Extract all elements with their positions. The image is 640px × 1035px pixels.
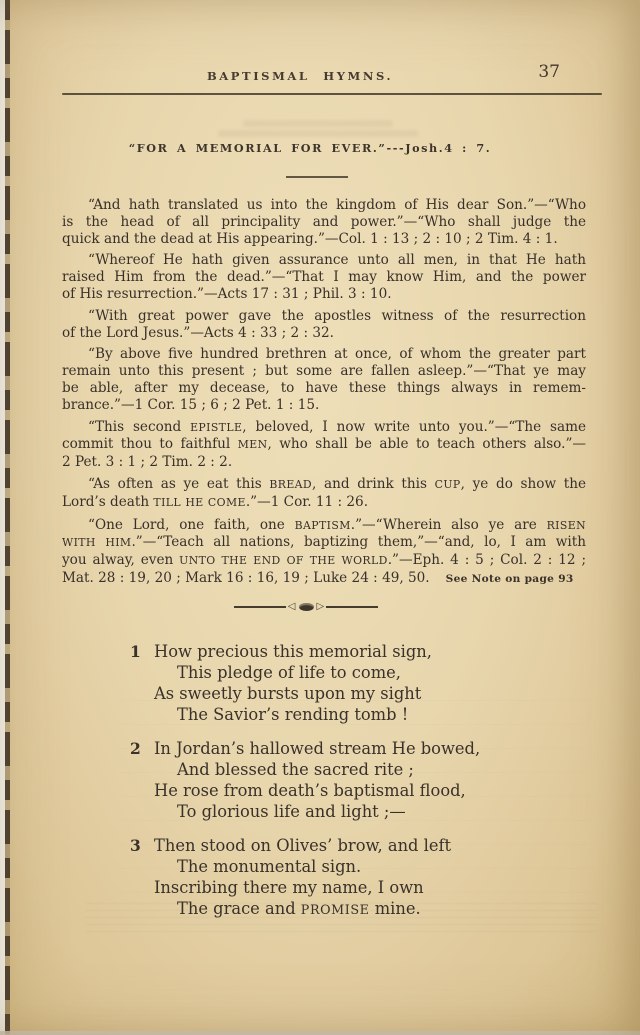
paragraph-line: “By above five hundred brethren at once,… [62, 346, 586, 363]
paragraph-line: “One Lord, one faith, one BAPTISM.”—“Whe… [62, 517, 586, 535]
paragraph-line: of the Lord Jesus.”—Acts 4 : 33 ; 2 : 32… [62, 325, 586, 342]
paragraph-line: quick and the dead at His appearing.”—Co… [62, 231, 586, 248]
verse-line: To glorious life and light ;— [177, 801, 554, 822]
header-rule [62, 93, 602, 95]
scripture-paragraph: “This second EPISTLE, beloved, I now wri… [62, 419, 586, 471]
show-through-ghost-top [205, 117, 430, 141]
paragraph-line: is the head of all principality and powe… [62, 214, 586, 231]
divider-line-right [326, 606, 378, 608]
verse-number: 3 [130, 835, 141, 856]
divider-line-left [234, 606, 286, 608]
scripture-paragraph: “Whereof He hath given assurance unto al… [62, 252, 586, 302]
scripture-paragraph: “And hath translated us into the kingdom… [62, 197, 586, 247]
verse-line: The grace and PROMISE mine. [177, 898, 554, 920]
scripture-paragraph: “With great power gave the apostles witn… [62, 308, 586, 342]
hymn-verses: 1How precious this memorial sign,This pl… [154, 641, 554, 933]
paragraph-line: “And hath translated us into the kingdom… [62, 197, 586, 214]
verse-line: The Savior’s rending tomb ! [177, 704, 554, 725]
verse-line: He rose from death’s baptismal flood, [154, 780, 554, 801]
binding-shadow [5, 0, 10, 1035]
page-edge-bottom [0, 1031, 640, 1035]
paragraph-line: “This second EPISTLE, beloved, I now wri… [62, 419, 586, 437]
paragraph-line: WITH HIM.”—“Teach all nations, baptizing… [62, 534, 586, 552]
tailpiece-divider-ornament: ◁ ▷ [0, 602, 612, 612]
verse-line: Inscribing there my name, I own [154, 877, 554, 898]
paragraph-line: you alway, even UNTO THE END OF THE WORL… [62, 552, 586, 570]
divider-chevron-left-icon: ◁ [288, 602, 296, 612]
verse-line: As sweetly bursts upon my sight [154, 683, 554, 704]
verse-line: The monumental sign. [177, 856, 554, 877]
paragraph-line: raised Him from the dead.”—“That I may k… [62, 269, 586, 286]
hymn-scripture-heading: “FOR A MEMORIAL FOR EVER.”---Josh.4 : 7. [0, 141, 620, 155]
verse-line: 3Then stood on Olives’ brow, and left [154, 835, 554, 856]
hymn-verse: 2In Jordan’s hallowed stream He bowed,An… [154, 738, 554, 822]
page-number: 37 [538, 62, 560, 82]
verse-line: 1How precious this memorial sign, [154, 641, 554, 662]
verse-number: 1 [130, 641, 141, 662]
scripture-paragraph: “By above five hundred brethren at once,… [62, 346, 586, 413]
paragraph-line: “With great power gave the apostles witn… [62, 308, 586, 325]
heading-rule [286, 176, 348, 178]
running-header: BAPTISMAL HYMNS. [0, 65, 600, 84]
paragraph-line: 2 Pet. 3 : 1 ; 2 Tim. 2 : 2. [62, 454, 586, 471]
paragraph-line: Mat. 28 : 19, 20 ; Mark 16 : 16, 19 ; Lu… [62, 570, 586, 588]
divider-chevron-right-icon: ▷ [317, 602, 325, 612]
scripture-paragraph: “One Lord, one faith, one BAPTISM.”—“Whe… [62, 517, 586, 588]
verse-number: 2 [130, 738, 141, 759]
paragraph-line: commit thou to faithful MEN, who shall b… [62, 436, 586, 454]
paragraph-line: “As often as ye eat this BREAD, and drin… [62, 476, 586, 494]
scripture-paragraph: “As often as ye eat this BREAD, and drin… [62, 476, 586, 512]
verse-line: This pledge of life to come, [177, 662, 554, 683]
paragraph-line: of His resurrection.”—Acts 17 : 31 ; Phi… [62, 286, 586, 303]
scanned-book-page: BAPTISMAL HYMNS. 37 “FOR A MEMORIAL FOR … [0, 0, 640, 1035]
paragraph-line: Lord’s death TILL HE COME.”—1 Cor. 11 : … [62, 494, 586, 512]
hymn-verse: 1How precious this memorial sign,This pl… [154, 641, 554, 725]
verse-line: 2In Jordan’s hallowed stream He bowed, [154, 738, 554, 759]
paragraph-line: be able, after my decease, to have these… [62, 380, 586, 397]
verse-line: And blessed the sacred rite ; [177, 759, 554, 780]
scripture-paragraphs: “And hath translated us into the kingdom… [62, 197, 586, 593]
paragraph-line: remain unto this present ; but some are … [62, 363, 586, 380]
paragraph-line: brance.”—1 Cor. 15 ; 6 ; 2 Pet. 1 : 15. [62, 397, 586, 414]
paragraph-line: “Whereof He hath given assurance unto al… [62, 252, 586, 269]
hymn-verse: 3Then stood on Olives’ brow, and leftThe… [154, 835, 554, 920]
see-note-reference: See Note on page 93 [446, 573, 574, 585]
running-header-title: BAPTISMAL HYMNS. [207, 69, 393, 83]
divider-oval-icon [299, 603, 314, 611]
